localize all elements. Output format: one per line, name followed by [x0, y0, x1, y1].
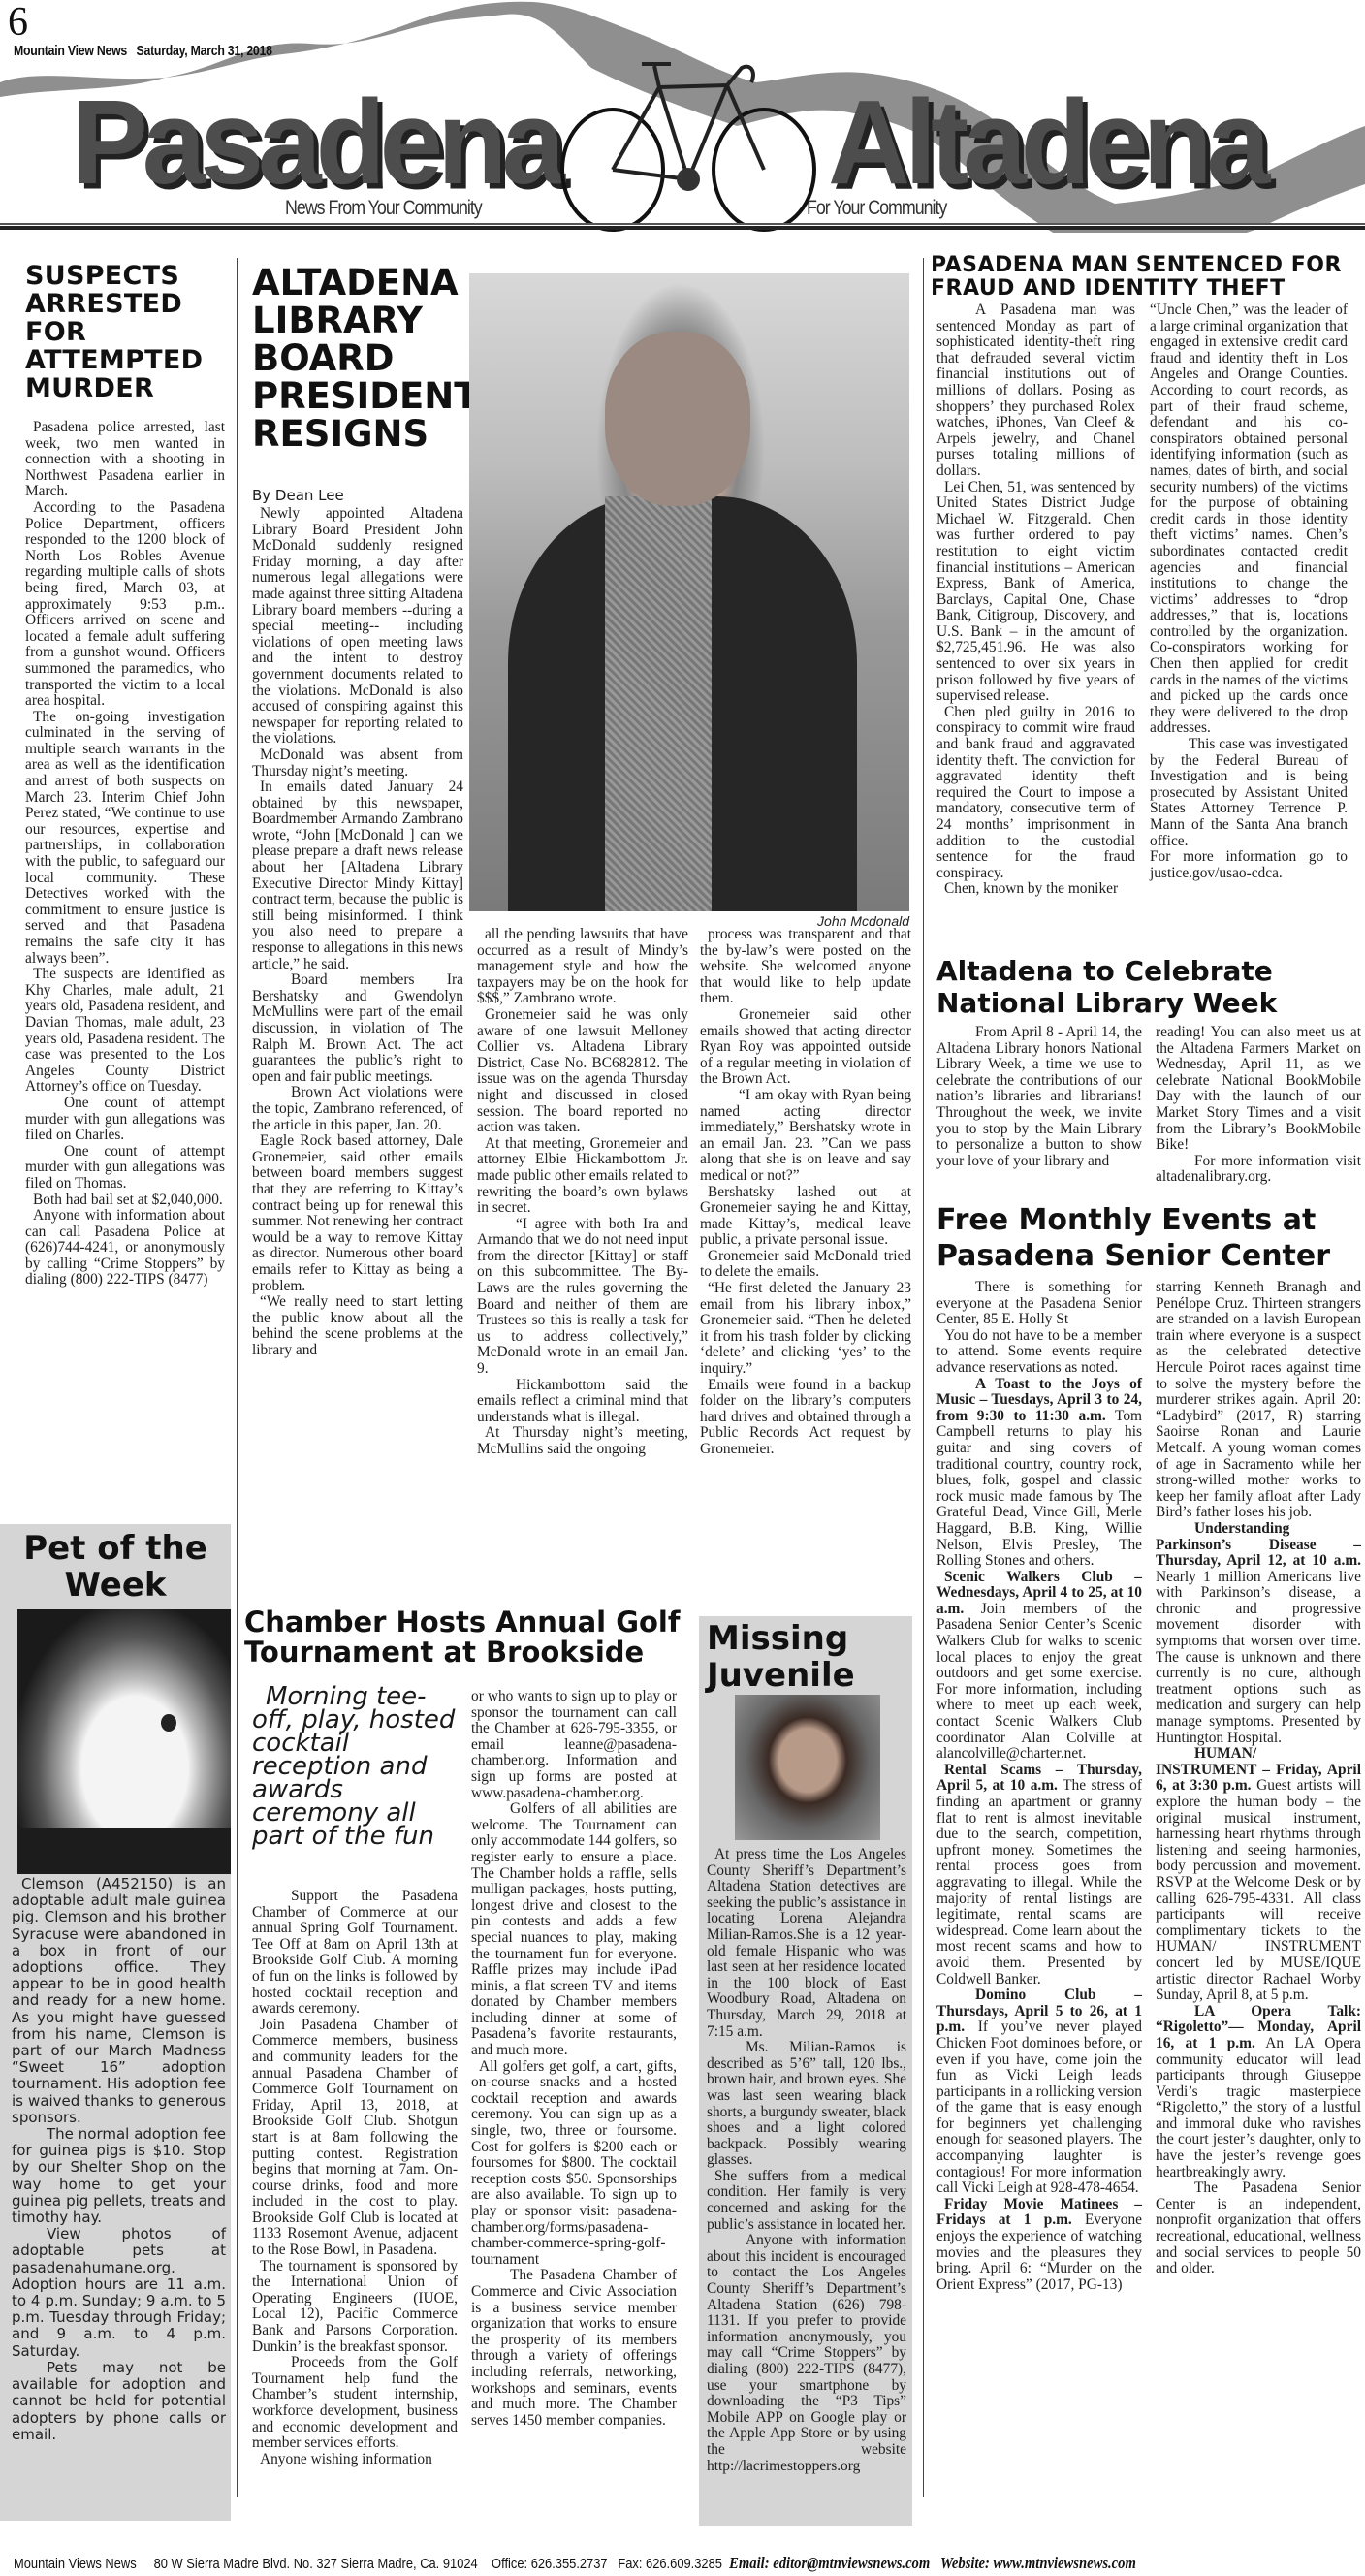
paragraph: Support the Pasadena Chamber of Commerce…: [252, 1889, 458, 2018]
paragraph: all the pending lawsuits that have occur…: [477, 927, 688, 1007]
face: [605, 332, 750, 506]
headline: ALTADENA LIBRARY BOARD PRESIDENT RESIGNS: [252, 264, 465, 453]
missing-headline: Missing Juvenile: [707, 1620, 912, 1694]
article-col-2: all the pending lawsuits that have occur…: [477, 927, 688, 1458]
paragraph: The normal adoption fee for guinea pigs …: [12, 2126, 226, 2226]
issue-date: Saturday, March 31, 2018: [137, 43, 272, 59]
article-col-2: “Uncle Chen,” was the leader of a large …: [1150, 302, 1348, 881]
pull-quote: Morning tee-off, play, hosted cocktail r…: [252, 1685, 460, 1848]
paragraph: This case was investigated by the Federa…: [1150, 737, 1348, 849]
john-mcdonald-photo: [469, 273, 909, 911]
event-rental-scams: Rental Scams – Thursday, April 5, at 10 …: [936, 1763, 1142, 1988]
paragraph: Ms. Milian-Ramos is described as 5’6” ta…: [707, 2040, 906, 2169]
shirt: [605, 496, 712, 911]
paragraph: Bershatsky lashed out at Gronemeier sayi…: [700, 1185, 911, 1249]
paragraph: There is something for everyone at the P…: [936, 1280, 1142, 1328]
paragraph: Anyone with information about this incid…: [707, 2233, 906, 2474]
headline: PASADENA MAN SENTENCED FOR FRAUD AND IDE…: [931, 254, 1357, 301]
paragraph: McDonald was absent from Thursday night’…: [252, 747, 463, 779]
paragraph: In emails dated January 24 obtained by t…: [252, 779, 463, 972]
paragraph: Chen pled guilty in 2016 to conspiracy t…: [936, 705, 1135, 882]
paragraph: “We really need to start letting the pub…: [252, 1294, 463, 1358]
paragraph: “I agree with both Ira and Armando that …: [477, 1217, 688, 1378]
column-divider: [237, 258, 238, 2497]
paragraph: The on-going investigation culminated in…: [25, 710, 225, 968]
tagline-right: For Your Community: [807, 197, 946, 220]
paragraph: For more information go to justice.gov/u…: [1150, 849, 1348, 881]
article-library-board: ALTADENA LIBRARY BOARD PRESIDENT RESIGNS…: [244, 262, 923, 1542]
eye: [161, 1714, 176, 1732]
paragraph: Both had bail set at $2,040,000.: [25, 1193, 225, 1209]
event-scenic-walkers: Scenic Walkers Club – Wednesdays, April …: [936, 1570, 1142, 1763]
event-domino-club: Domino Club – Thursdays, April 5 to 26, …: [936, 1988, 1142, 2197]
event-toast-music: A Toast to the Joys of Music – Tuesdays,…: [936, 1377, 1142, 1570]
paragraph: Hickambottom said the emails reflect a c…: [477, 1378, 688, 1426]
paragraph: All golfers get golf, a cart, gifts, on-…: [471, 2059, 677, 2269]
paragraph: Gronemeier said McDonald tried to delete…: [700, 1249, 911, 1281]
paragraph: The Pasadena Senior Center is an indepen…: [1156, 2180, 1361, 2277]
masthead-rule: [0, 223, 1365, 230]
page-number: 6: [8, 2, 28, 43]
missing-juvenile-box: Missing Juvenile At press time the Los A…: [699, 1616, 912, 2526]
masthead: 6 Mountain View News Saturday, March 31,…: [0, 0, 1365, 233]
paragraph: View photos of adoptable pets at pasaden…: [12, 2226, 226, 2360]
paragraph: Chen, known by the moniker: [936, 881, 1135, 898]
footer-email-link[interactable]: Email: editor@mtnviewsnews.com: [729, 2554, 930, 2572]
paragraph: or who wants to sign up to play or spons…: [471, 1689, 677, 1801]
missing-body: At press time the Los Angeles County She…: [707, 1847, 906, 2474]
bowl-edge: [17, 1828, 231, 1874]
paragraph: starring Kenneth Branagh and Penélope Cr…: [1156, 1280, 1361, 1521]
event-parkinsons: Understanding Parkinson’s Disease – Thur…: [1156, 1521, 1361, 1746]
paragraph: Anyone wishing information: [252, 2452, 458, 2468]
paragraph: The suspects are identified as Khy Charl…: [25, 967, 225, 1096]
article-col-1: Newly appointed Altadena Library Board P…: [252, 506, 463, 1358]
paragraph: Lei Chen, 51, was sentenced by United St…: [936, 480, 1135, 705]
paragraph: One count of attempt murder with gun all…: [25, 1096, 225, 1144]
paragraph: According to the Pasadena Police Departm…: [25, 500, 225, 710]
footer-office-phone: Office: 626.355.2737: [492, 2556, 608, 2572]
bicycle-icon: [553, 58, 824, 233]
guinea-pig-photo: [17, 1609, 231, 1874]
article-col-2: or who wants to sign up to play or spons…: [471, 1689, 677, 2429]
article-col-1: A Pasadena man was sentenced Monday as p…: [936, 302, 1135, 898]
paragraph: “I am okay with Ryan being named acting …: [700, 1088, 911, 1185]
paragraph: Anyone with information about can call P…: [25, 1208, 225, 1288]
article-library-week: Altadena to Celebrate National Library W…: [936, 955, 1359, 1019]
tagline-left: News From Your Community: [285, 197, 482, 220]
paragraph: Proceeds from the Golf Tournament help f…: [252, 2355, 458, 2452]
column-divider: [923, 258, 924, 2497]
article-fraud-sentence: PASADENA MAN SENTENCED FOR FRAUD AND IDE…: [931, 254, 1357, 301]
masthead-title-altadena: Altadena: [828, 82, 1264, 203]
article-golf-tournament: Chamber Hosts Annual Golf Tournament at …: [244, 1607, 692, 1668]
paper-name: Mountain View News: [14, 43, 127, 59]
article-col-1: Support the Pasadena Chamber of Commerce…: [252, 1889, 458, 2467]
article-col-1: From April 8 - April 14, the Altadena Li…: [936, 1025, 1142, 1169]
paragraph: At that meeting, Gronemeier and attorney…: [477, 1136, 688, 1217]
footer-address: 80 W Sierra Madre Blvd. No. 327 Sierra M…: [154, 2556, 478, 2572]
event-movie-matinees: Friday Movie Matinees – Fridays at 1 p.m…: [936, 2197, 1142, 2294]
paragraph: For more information visit altadenalibra…: [1156, 1154, 1361, 1186]
footer-fax: Fax: 626.609.3285: [618, 2556, 722, 2572]
paragraph: Board members Ira Bershatsky and Gwendol…: [252, 972, 463, 1085]
article-senior-center: Free Monthly Events at Pasadena Senior C…: [936, 1202, 1359, 1274]
paragraph: Golfers of all abilities are welcome. Th…: [471, 1801, 677, 2059]
paragraph: She suffers from a medical condition. He…: [707, 2169, 906, 2233]
paragraph: reading! You can also meet us at the Alt…: [1156, 1025, 1361, 1154]
paragraph: Gronemeier said other emails showed that…: [700, 1007, 911, 1088]
paragraph: One count of attempt murder with gun all…: [25, 1144, 225, 1193]
paragraph: Join Pasadena Chamber of Commerce member…: [252, 2018, 458, 2259]
paragraph: From April 8 - April 14, the Altadena Li…: [936, 1025, 1142, 1169]
paragraph: Pasadena police arrested, last week, two…: [25, 420, 225, 500]
paragraph: At Thursday night’s meeting, McMullins s…: [477, 1425, 688, 1457]
article-col-3: process was transparent and that the by-…: [700, 927, 911, 1458]
headline: SUSPECTS ARRESTED FOR ATTEMPTED MURDER: [25, 262, 225, 402]
issue-line: Mountain View News Saturday, March 31, 2…: [14, 43, 272, 59]
paragraph: You do not have to be a member to attend…: [936, 1328, 1142, 1377]
article-col-2: reading! You can also meet us at the Alt…: [1156, 1025, 1361, 1186]
article-col-2: starring Kenneth Branagh and Penélope Cr…: [1156, 1280, 1361, 2277]
byline: By Dean Lee: [252, 487, 344, 504]
article-col-1: There is something for everyone at the P…: [936, 1280, 1142, 2293]
event-human-instrument: HUMAN/ INSTRUMENT – Friday, April 6, at …: [1156, 1746, 1361, 2004]
paragraph: The tournament is sponsored by the Inter…: [252, 2259, 458, 2356]
paragraph: “Uncle Chen,” was the leader of a large …: [1150, 302, 1348, 737]
headline: Free Monthly Events at Pasadena Senior C…: [936, 1202, 1359, 1274]
paragraph: process was transparent and that the by-…: [700, 927, 911, 1007]
article-suspects-arrested: SUSPECTS ARRESTED FOR ATTEMPTED MURDER P…: [25, 262, 225, 1288]
paragraph: Clemson (A452150) is an adoptable adult …: [12, 1876, 226, 2126]
footer-website-link[interactable]: Website: www.mtnviewsnews.com: [940, 2554, 1136, 2572]
pet-headline: Pet of the Week: [0, 1530, 231, 1604]
paragraph: Newly appointed Altadena Library Board P…: [252, 506, 463, 747]
paragraph: A Pasadena man was sentenced Monday as p…: [936, 302, 1135, 480]
paragraph: Eagle Rock based attorney, Dale Gronemei…: [252, 1133, 463, 1294]
headline: Altadena to Celebrate National Library W…: [936, 955, 1359, 1019]
pet-body: Clemson (A452150) is an adoptable adult …: [12, 1876, 226, 2443]
paragraph: Emails were found in a backup folder on …: [700, 1378, 911, 1458]
footer: Mountain Views News 80 W Sierra Madre Bl…: [14, 2554, 1136, 2573]
pet-of-the-week-box: Pet of the Week Clemson (A452150) is an …: [0, 1524, 231, 2521]
event-la-opera-talk: LA Opera Talk: “Rigoletto”— Monday, Apri…: [1156, 2004, 1361, 2181]
paragraph: “He first deleted the January 23 email f…: [700, 1281, 911, 1378]
footer-paper-name: Mountain Views News: [14, 2556, 137, 2572]
paragraph: Brown Act violations were the topic, Zam…: [252, 1085, 463, 1133]
article-body: Pasadena police arrested, last week, two…: [25, 420, 225, 1288]
paragraph: At press time the Los Angeles County She…: [707, 1847, 906, 2040]
masthead-title-pasadena: Pasadena: [72, 82, 559, 203]
paragraph: The Pasadena Chamber of Commerce and Civ…: [471, 2268, 677, 2429]
headline: Chamber Hosts Annual Golf Tournament at …: [244, 1607, 690, 1668]
paragraph: Gronemeier said he was only aware of one…: [477, 1007, 688, 1136]
paragraph: Pets may not be available for adoption a…: [12, 2360, 226, 2443]
missing-girl-photo: [735, 1695, 880, 1840]
